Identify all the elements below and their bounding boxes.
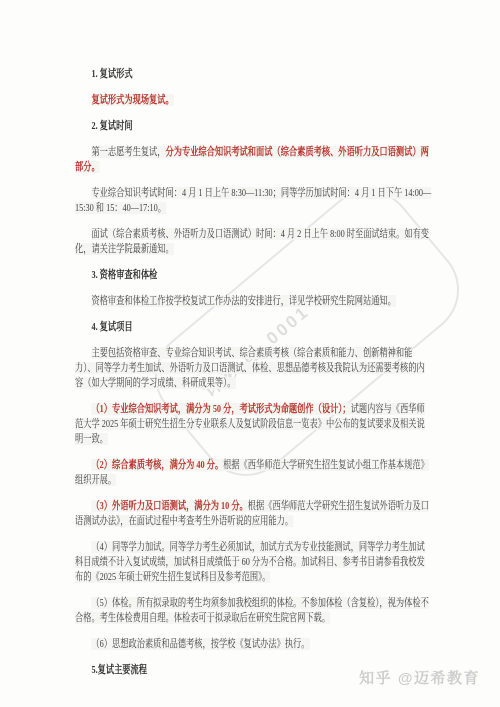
paragraph: （4）同等学力加试。同等学力考生必须加试，加试方式为专业技能测试，同等学力考生加… xyxy=(75,540,433,585)
text-run: （6）思想政治素质和品德考核，按学校《复试办法》执行。 xyxy=(91,638,309,650)
text-run: 资格审查和体检工作按学校复试工作办法的安排进行，详见学校研究生院网站通知。 xyxy=(91,295,395,307)
text-run: 5.复试主要流程 xyxy=(91,664,147,676)
paragraph: 主要包括资格审查、专业综合知识考试、综合素质考核（综合素质和能力、创新精神和能力… xyxy=(75,346,433,391)
paragraph: （3）外语听力及口语测试，满分为 10 分。根据《西华师范大学研究生招生复试外语… xyxy=(75,499,433,529)
document-body: 1. 复试形式复试形式为现场复试。2. 复试时间第一志愿考生复试，分为专业综合知… xyxy=(75,56,433,689)
section-heading: 1. 复试形式 xyxy=(75,67,433,82)
text-run: 专业综合知识考试时间：4 月 1 日上午 8:30—11:30；同等学历加试时间… xyxy=(75,187,431,214)
zhihu-watermark: 知乎 @迈希教育 xyxy=(359,667,480,688)
emphasis-text-run: 复试形式为现场复试。 xyxy=(91,94,173,106)
text-run: （5）体检。所有拟录取的考生均须参加我校组织的体检。不参加体检（含复检），视为体… xyxy=(75,597,429,624)
text-run: 2. 复试时间 xyxy=(91,120,132,132)
text-run: 4. 复试项目 xyxy=(91,321,132,333)
paragraph: （5）体检。所有拟录取的考生均须参加我校组织的体检。不参加体检（含复检），视为体… xyxy=(75,596,433,626)
text-run: 面试（综合素质考核、外语听力及口语测试）时间：4 月 2 日上午 8:00 时至… xyxy=(75,228,429,255)
emphasis-text-run: （1）专业综合知识考试，满分为 50 分，考试形式为命题创作（设计）； xyxy=(91,403,350,415)
paragraph: 面试（综合素质考核、外语听力及口语测试）时间：4 月 2 日上午 8:00 时至… xyxy=(75,227,433,257)
paragraph: 专业综合知识考试时间：4 月 1 日上午 8:30—11:30；同等学历加试时间… xyxy=(75,186,433,216)
text-run: （4）同等学力加试。同等学力考生必须加试，加试方式为专业技能测试，同等学力考生加… xyxy=(75,541,425,583)
zhihu-site-label: 知乎 xyxy=(359,670,392,687)
paragraph: 第一志愿考生复试，分为专业综合知识考试和面试（综合素质考核、外语听力及口语测试）… xyxy=(75,145,433,175)
paragraph: 资格审查和体检工作按学校复试工作办法的安排进行，详见学校研究生院网站通知。 xyxy=(75,294,433,309)
paragraph: （1）专业综合知识考试，满分为 50 分，考试形式为命题创作（设计）；试题内容与… xyxy=(75,402,433,447)
text-run: 3. 资格审查和体检 xyxy=(91,269,157,281)
zhihu-account-label: @迈希教育 xyxy=(398,670,480,687)
text-run: 主要包括资格审查、专业综合知识考试、综合素质考核（综合素质和能力、创新精神和能力… xyxy=(75,347,425,389)
paragraph: 复试形式为现场复试。 xyxy=(75,93,433,108)
emphasis-text-run: （3）外语听力及口语测试，满分为 10 分。 xyxy=(91,500,247,512)
section-heading: 3. 资格审查和体检 xyxy=(75,268,433,283)
section-heading: 2. 复试时间 xyxy=(75,119,433,134)
text-run: 第一志愿考生复试， xyxy=(91,146,165,158)
emphasis-text-run: （2）综合素质考核，满分为 40 分。 xyxy=(91,459,223,471)
document-page: 计教育 0001 1. 复试形式复试形式为现场复试。2. 复试时间第一志愿考生复… xyxy=(0,0,500,707)
paragraph: （2）综合素质考核，满分为 40 分。根据《西华师范大学研究生招生复试小组工作基… xyxy=(75,458,433,488)
text-run: 1. 复试形式 xyxy=(91,68,132,80)
section-heading: 4. 复试项目 xyxy=(75,320,433,335)
paragraph: （6）思想政治素质和品德考核，按学校《复试办法》执行。 xyxy=(75,637,433,652)
